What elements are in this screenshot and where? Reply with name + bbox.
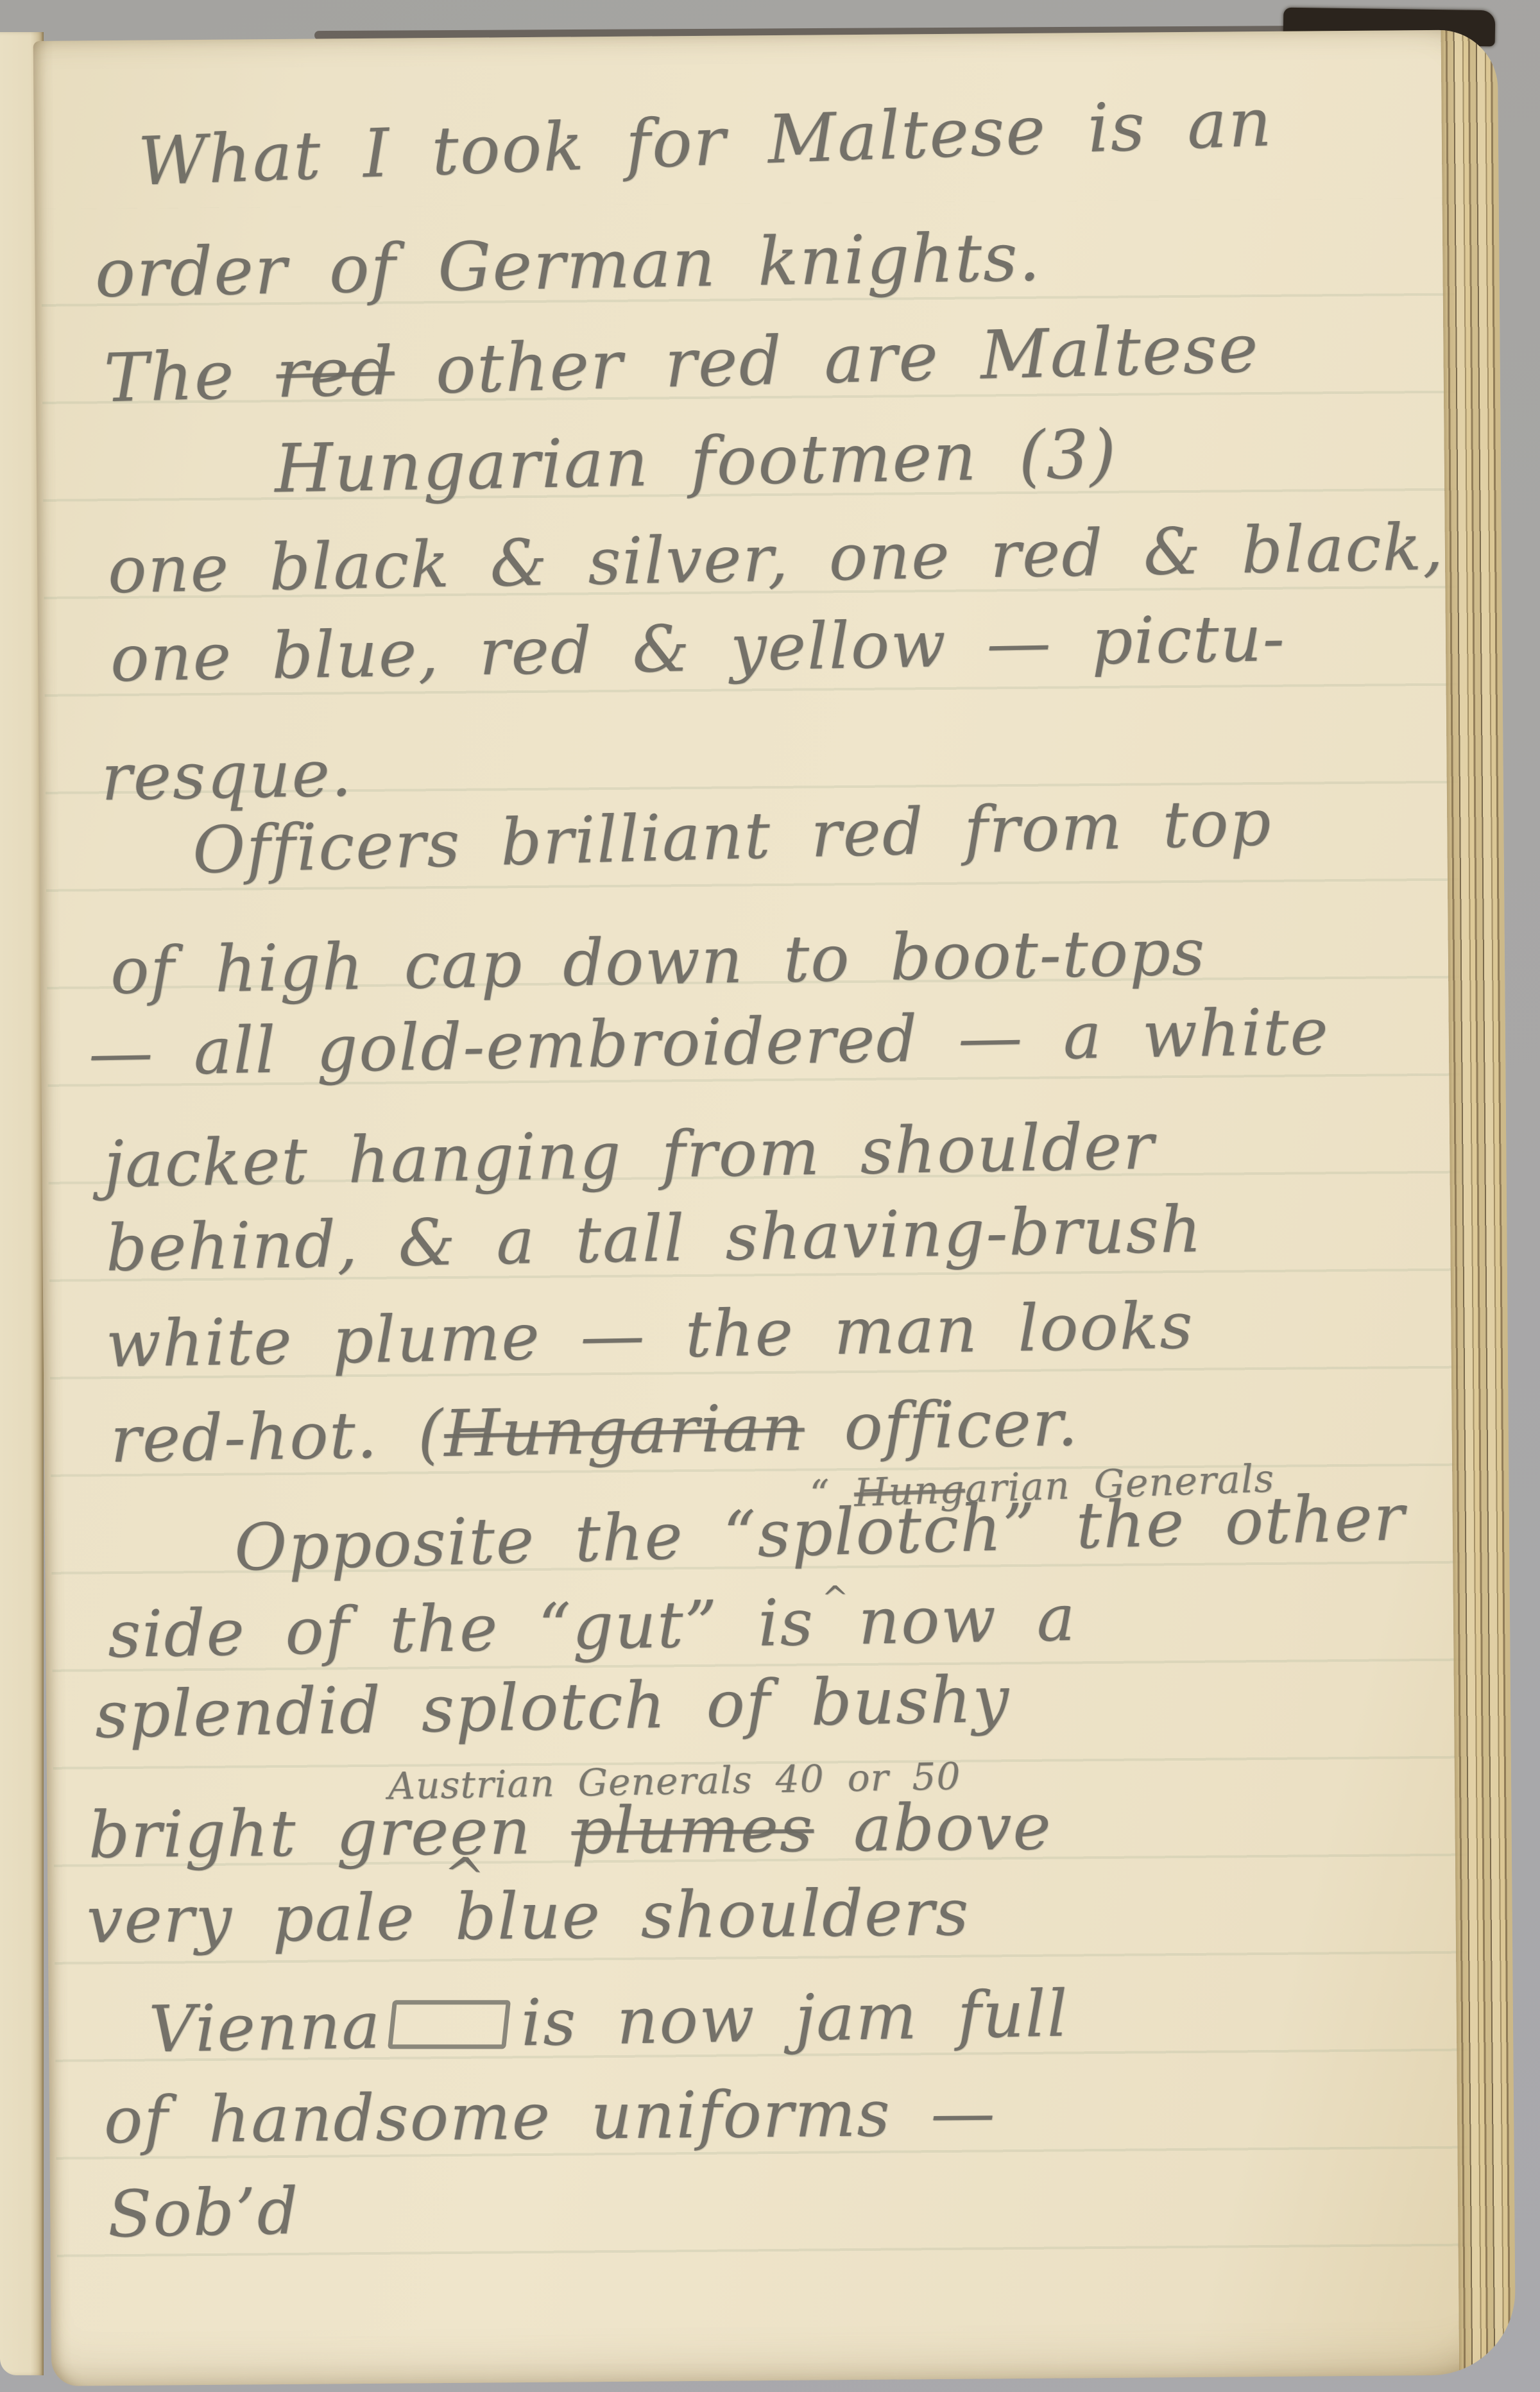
notebook-photo: What I took for Maltese is anorder of Ge…: [0, 0, 1540, 2392]
struck-word: Hungarian: [443, 1390, 805, 1471]
handwriting-text: officer.: [804, 1385, 1080, 1465]
handwriting-text: order of German knights.: [94, 218, 1042, 312]
handwriting-line: resque.: [101, 736, 354, 816]
handwriting-text: of handsome uniforms —: [104, 2075, 997, 2158]
handwriting-line: bright green plumes above: [89, 1789, 1053, 1872]
handwriting-line: Hungarian footmen (3): [274, 415, 1118, 508]
handwriting-text: very pale blue shoulders: [87, 1875, 970, 1958]
handwriting-text: above: [814, 1789, 1052, 1866]
boxed-scribble: [388, 2000, 511, 2049]
handwriting-text: resque.: [101, 736, 354, 816]
handwriting-text: red-hot. (: [110, 1396, 445, 1477]
struck-word: plumes: [571, 1791, 814, 1868]
handwriting-line: Sob’d: [107, 2173, 300, 2251]
handwriting-line: Viennais now jam full: [148, 1976, 1070, 2067]
handwriting-text: Vienna: [148, 1988, 382, 2067]
handwriting-text: Hungarian footmen (3): [274, 415, 1118, 508]
handwriting-text: is now jam full: [520, 1976, 1070, 2060]
struck-word: red: [275, 332, 395, 413]
handwriting-text: splendid splotch of bushy: [94, 1662, 1011, 1753]
handwriting-text: side of the “gut” is: [107, 1585, 815, 1672]
handwriting-line: very pale blue shoulders: [87, 1875, 970, 1958]
handwriting-text: bright green: [89, 1793, 572, 1873]
handwriting-line: side of the “gut” is^now a: [107, 1575, 1077, 1672]
handwriting-line: of handsome uniforms —: [104, 2075, 997, 2158]
handwriting-text: The: [103, 335, 278, 418]
handwriting-line: splendid splotch of bushy: [94, 1662, 1011, 1753]
handwriting-text: Sob’d: [107, 2173, 300, 2251]
handwriting-line: order of German knights.: [94, 218, 1042, 312]
handwriting-text: now a: [858, 1580, 1077, 1659]
caret-insertion-mark: ^: [821, 1579, 850, 1617]
page-edge-stack: [1441, 30, 1516, 2375]
